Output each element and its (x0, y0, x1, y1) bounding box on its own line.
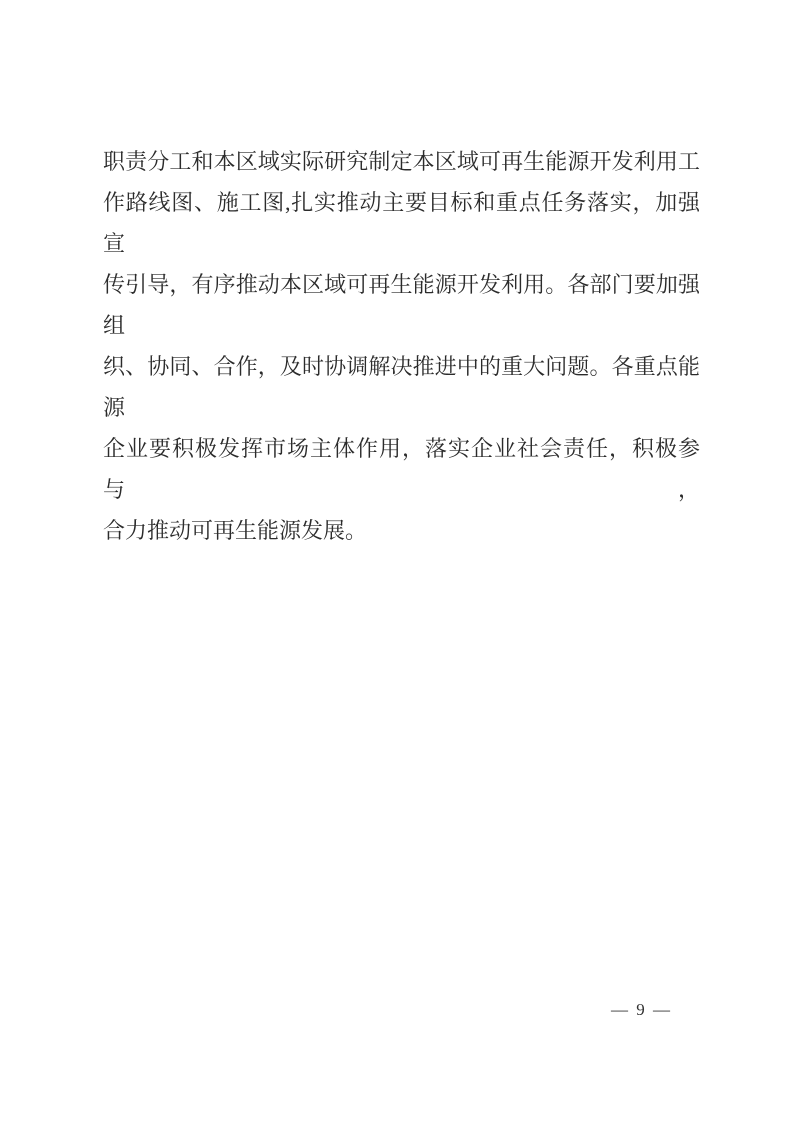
paragraph-line: 传引导，有序推动本区域可再生能源开发利用。各部门要加强组 (103, 264, 700, 346)
paragraph-line: 职责分工和本区域实际研究制定本区域可再生能源开发利用工 (103, 141, 700, 182)
paragraph-line: 合力推动可再生能源发展。 (103, 510, 700, 551)
paragraph: 职责分工和本区域实际研究制定本区域可再生能源开发利用工作路线图、施工图,扎实推动… (103, 141, 700, 551)
paragraph-line: 作路线图、施工图,扎实推动主要目标和重点任务落实，加强宣 (103, 182, 700, 264)
page-number: — 9 — (611, 998, 672, 1022)
paragraph-line: 织、协同、合作，及时协调解决推进中的重大问题。各重点能源 (103, 346, 700, 428)
document-page: 职责分工和本区域实际研究制定本区域可再生能源开发利用工作路线图、施工图,扎实推动… (0, 0, 794, 1123)
paragraph-line: 企业要积极发挥市场主体作用，落实企业社会责任，积极参与， (103, 428, 700, 510)
